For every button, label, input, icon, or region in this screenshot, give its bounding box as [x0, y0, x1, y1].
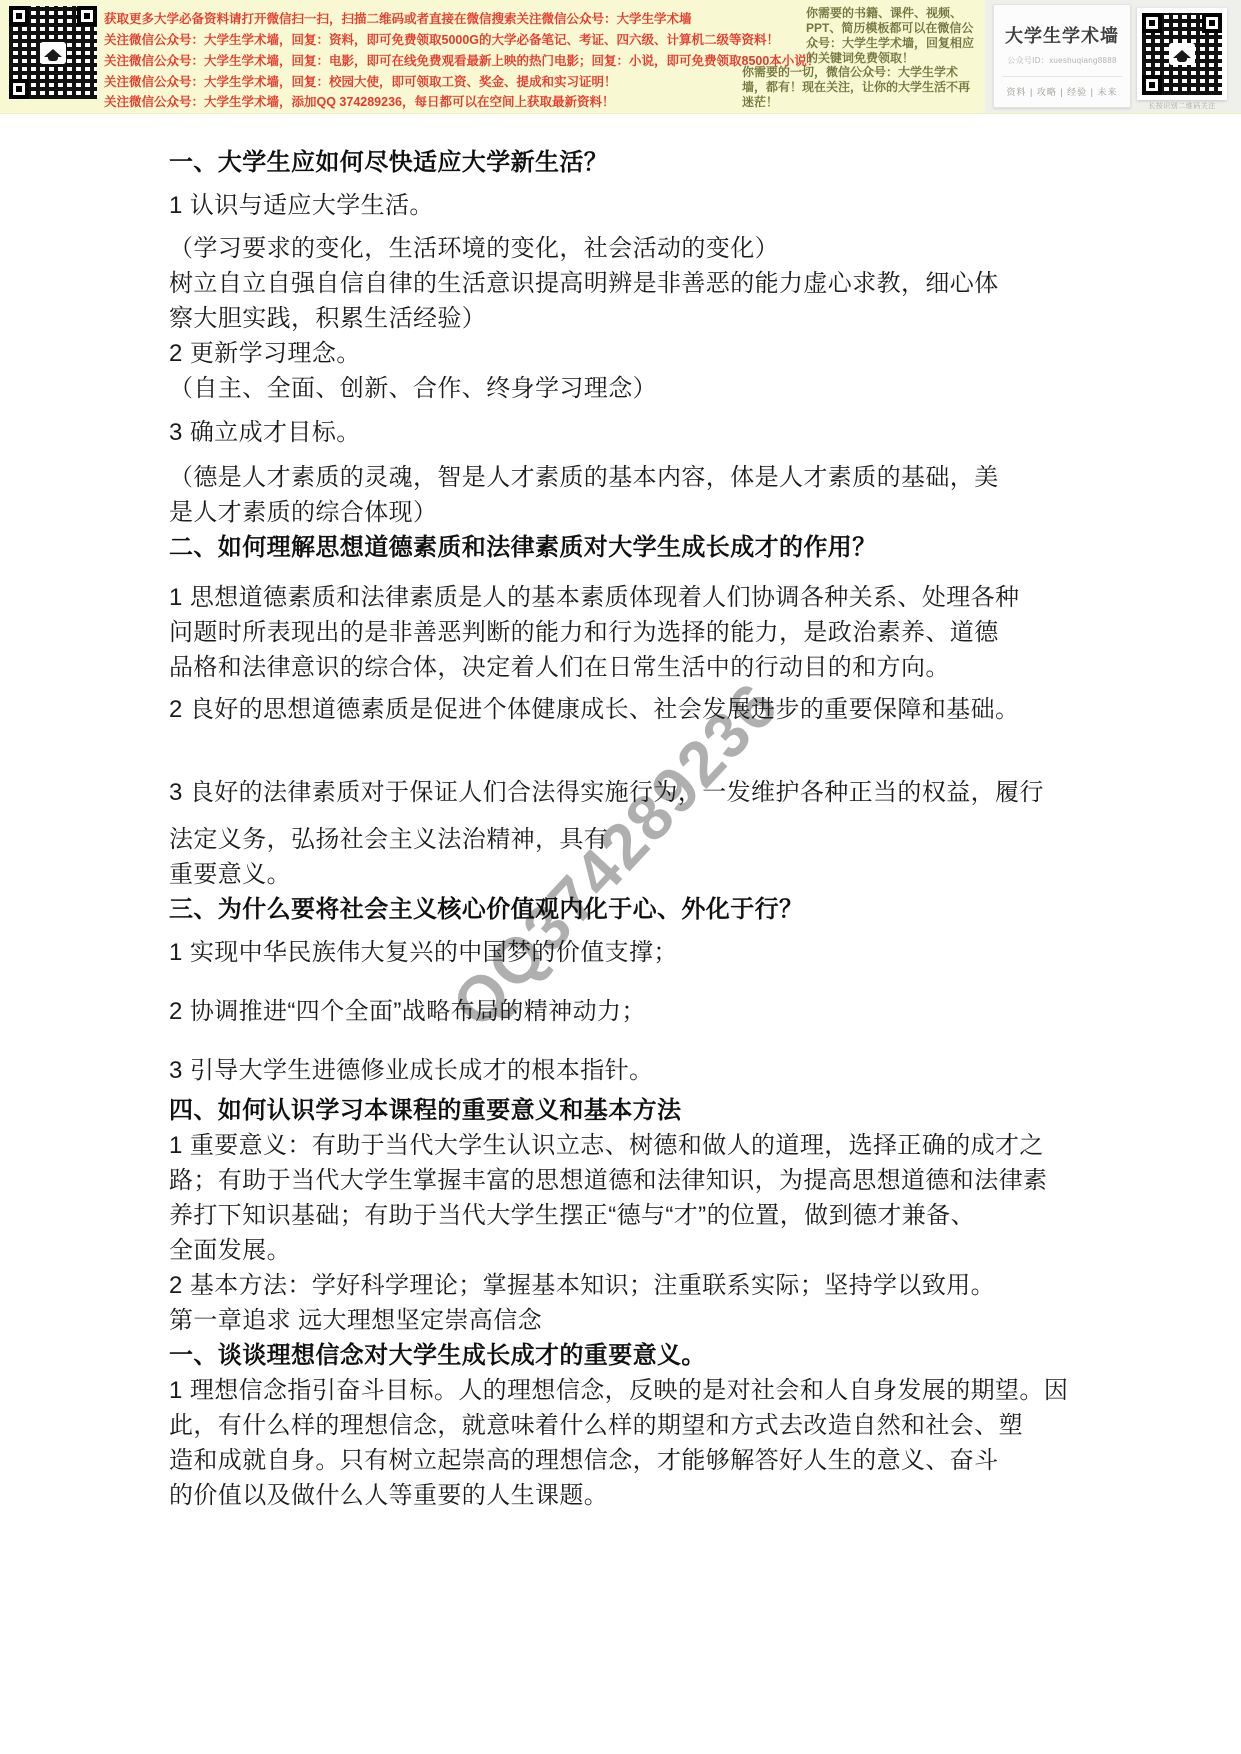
paragraph: 1 重要意义：有助于当代大学生认识立志、树德和做人的道理，选择正确的成才之 路；…	[169, 1128, 1114, 1268]
paragraph: 3 良好的法律素质对于保证人们合法得实施行为，一发维护各种正当的权益，履行	[169, 775, 1114, 810]
promo-line: 关注微信公众号：大学生学术墙，添加QQ 374289236，每日都可以在空间上获…	[104, 92, 615, 110]
section-heading: 四、如何认识学习本课程的重要意义和基本方法	[169, 1093, 1114, 1128]
qr-finder-icon	[1142, 75, 1162, 95]
promo-line: 关注微信公众号：大学生学术墙，回复：电影，即可在线免费观看最新上映的热门电影；回…	[104, 51, 819, 69]
promo-banner: 获取更多大学必备资料请打开微信扫一扫，扫描二维码或者直接在微信搜索关注微信公众号…	[0, 0, 1241, 114]
paragraph: 法定义务，弘扬社会主义法治精神，具有 重要意义。	[169, 822, 1114, 892]
graduation-cap-icon	[40, 42, 66, 64]
paragraph: 2 协调推进“四个全面”战略布局的精神动力；	[169, 994, 1114, 1029]
wechat-qr-code-left	[9, 6, 97, 99]
promo-line: 关注微信公众号：大学生学术墙，回复：校园大使，即可领取工资、奖金、提成和实习证明…	[104, 72, 617, 90]
paragraph: 1 思想道德素质和法律素质是人的基本素质体现着人们协调各种关系、处理各种 问题时…	[169, 580, 1114, 685]
graduation-cap-icon	[1169, 43, 1195, 65]
paragraph: 第一章追求 远大理想坚定崇高信念	[169, 1303, 1114, 1338]
qr-finder-icon	[9, 79, 29, 99]
paragraph: 2 良好的思想道德素质是促进个体健康成长、社会发展进步的重要保障和基础。	[169, 692, 1114, 727]
paragraph: （自主、全面、创新、合作、终身学习理念）	[169, 371, 1114, 406]
paragraph: 3 引导大学生进德修业成长成才的根本指针。	[169, 1053, 1114, 1088]
qr-finder-icon	[1142, 13, 1162, 33]
paragraph: （学习要求的变化，生活环境的变化，社会活动的变化） 树立自立自强自信自律的生活意…	[169, 231, 1114, 336]
promo-line: 关注微信公众号：大学生学术墙，回复：资料，即可免费领取5000G的大学必备笔记、…	[104, 30, 779, 48]
brand-tags: 资料 | 攻略 | 经验 | 未来	[1002, 76, 1122, 98]
qr-caption: 长按识别二维码关注	[1137, 101, 1227, 111]
brand-card: 大学生学术墙 公众号ID：xueshuqiang8888 资料 | 攻略 | 经…	[993, 4, 1131, 108]
paragraph: 2 更新学习理念。	[169, 336, 1114, 371]
section-heading: 三、为什么要将社会主义核心价值观内化于心、外化于行？	[169, 892, 1114, 927]
brand-title: 大学生学术墙	[994, 22, 1130, 48]
paragraph: 2 基本方法：学好科学理论；掌握基本知识；注重联系实际；坚持学以致用。	[169, 1268, 1114, 1303]
promo-line: 获取更多大学必备资料请打开微信扫一扫，扫描二维码或者直接在微信搜索关注微信公众号…	[104, 9, 692, 27]
qr-finder-icon	[1202, 13, 1222, 33]
wechat-qr-code-right	[1137, 8, 1227, 100]
qr-finder-icon	[9, 6, 29, 26]
paragraph: 3 确立成才目标。	[169, 415, 1114, 450]
paragraph: 1 认识与适应大学生活。	[169, 188, 1114, 223]
promo-note-bottom: 你需要的一切，微信公众号：大学生学术墙，都有！现在关注，让你的大学生活不再迷茫！	[742, 65, 980, 110]
brand-account-id: 公众号ID：xueshuqiang8888	[994, 55, 1130, 66]
paragraph: 1 理想信念指引奋斗目标。人的理想信念，反映的是对社会和人自身发展的期望。因 此…	[169, 1373, 1114, 1513]
section-heading: 一、大学生应如何尽快适应大学新生活？	[169, 145, 1114, 180]
paragraph: 1 实现中华民族伟大复兴的中国梦的价值支撑；	[169, 935, 1114, 970]
section-heading: 一、谈谈理想信念对大学生成长成才的重要意义。	[169, 1338, 1114, 1373]
section-heading: 二、如何理解思想道德素质和法律素质对大学生成长成才的作用？	[169, 530, 1114, 565]
document-page: 一、大学生应如何尽快适应大学新生活？ 1 认识与适应大学生活。 （学习要求的变化…	[0, 113, 1241, 1513]
promo-note-top: 你需要的书籍、课件、视频、PPT、简历模板都可以在微信公众号：大学生学术墙，回复…	[806, 6, 984, 66]
qr-finder-icon	[77, 6, 97, 26]
paragraph: （德是人才素质的灵魂，智是人才素质的基本内容，体是人才素质的基础，美 是人才素质…	[169, 460, 1114, 530]
